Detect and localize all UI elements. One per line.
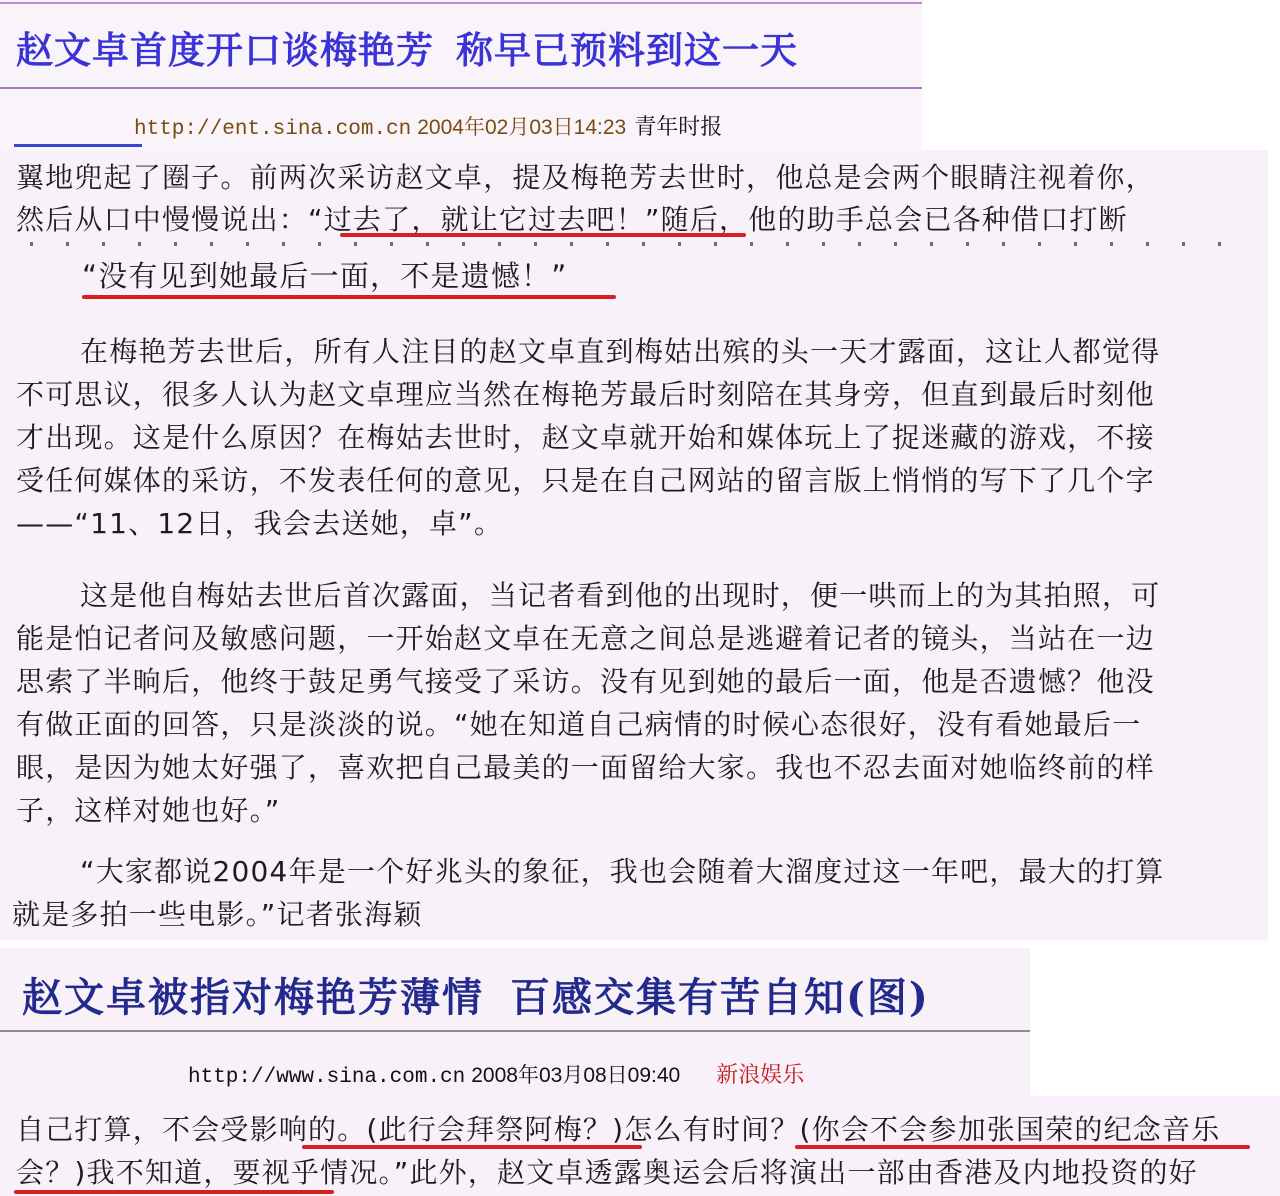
header-rule — [0, 1030, 1030, 1032]
article2-line1: 自己打算，不会受影响的。(此行会拜祭阿梅？)怎么有时间？(你会不会参加张国荣的纪… — [16, 1108, 1220, 1148]
paragraph1-line1: 在梅艳芳去世后，所有人注目的赵文卓直到梅姑出殡的头一天才露面，这让人都觉得 — [80, 330, 1160, 370]
quoted-highlight: “过去了，就让它过去吧！” — [308, 203, 661, 236]
red-underline — [340, 233, 746, 237]
blank-area — [1030, 1038, 1280, 1096]
paragraph3-line2: 就是多拍一些电影。”记者张海颖 — [12, 893, 423, 933]
article2-title-part2: 百感交集有苦自知(图) — [510, 974, 930, 1021]
pull-quote: “没有见到她最后一面，不是遗憾！” — [82, 254, 567, 295]
paragraph1-line2: 不可思议，很多人认为赵文卓理应当然在梅艳芳最后时刻陪在其身旁，但直到最后时刻他 — [16, 373, 1155, 413]
article2-line2: 会？)我不知道，要视乎情况。”此外，赵文卓透露奥运会后将演出一部由香港及内地投资… — [16, 1151, 1198, 1191]
blue-underline-mark — [14, 144, 142, 147]
article1-datetime: 2004年02月03日14:23 — [417, 116, 626, 139]
article1-url[interactable]: http://ent.sina.com.cn — [134, 118, 411, 141]
article2-datetime: 2008年03月08日09:40 — [471, 1064, 680, 1087]
paragraph1-line3: 才出现。这是什么原因？在梅姑去世时，赵文卓就开始和媒体玩上了捉迷藏的游戏，不接 — [16, 416, 1155, 456]
article2-title: 赵文卓被指对梅艳芳薄情百感交集有苦自知(图) — [22, 966, 930, 1023]
paragraph2-line3: 思索了半晌后，他终于鼓足勇气接受了采访。没有见到她的最后一面，他是否遗憾？他没 — [16, 660, 1155, 700]
red-underline — [14, 1190, 334, 1194]
article2-meta: http://www.sina.com.cn2008年03月08日09:40新浪… — [188, 1058, 804, 1089]
article1-title-part1: 赵文卓首度开口谈梅艳芳 — [16, 28, 434, 72]
paragraph2-line4: 有做正面的回答，只是淡淡的说。“她在知道自己病情的时候心态很好，没有看她最后一 — [16, 703, 1141, 743]
text-segment: 自己打算，不会受影响的。 — [16, 1113, 366, 1146]
article1-title-part2: 称早已预料到这一天 — [456, 28, 798, 72]
article2-source: 新浪娱乐 — [716, 1063, 804, 1088]
paragraph1-line4: 受任何媒体的采访，不发表任何的意见，只是在自己网站的留言版上悄悄的写下了几个字 — [16, 459, 1155, 499]
header-rule-top — [0, 2, 922, 4]
answer-highlight: 会？)我不知道，要视乎情况。 — [16, 1156, 394, 1189]
article1-title: 赵文卓首度开口谈梅艳芳称早已预料到这一天 — [16, 20, 798, 74]
text-segment: 然后从口中慢慢说出： — [16, 203, 308, 236]
article1-header: 赵文卓首度开口谈梅艳芳称早已预料到这一天 http://ent.sina.com… — [0, 0, 922, 150]
article1-meta: http://ent.sina.com.cn2004年02月03日14:23青年… — [134, 110, 722, 141]
red-underline — [82, 295, 616, 299]
paragraph2-line5: 眼，是因为她太好强了，喜欢把自己最美的一面留给大家。我也不忍去面对她临终前的样 — [16, 746, 1155, 786]
text-segment: ”此外，赵文卓透露奥运会后将演出一部由香港及内地投资的好 — [394, 1156, 1198, 1189]
text-line: 然后从口中慢慢说出：“过去了，就让它过去吧！”随后，他的助手总会已各种借口打断 — [16, 198, 1128, 238]
article2-url[interactable]: http://www.sina.com.cn — [188, 1066, 465, 1089]
article2-title-part1: 赵文卓被指对梅艳芳薄情 — [22, 974, 484, 1021]
paragraph2-line1: 这是他自梅姑去世后首次露面，当记者看到他的出现时，便一哄而上的为其拍照，可 — [80, 574, 1160, 614]
paragraph1-line5: ——“11、12日，我会去送她，卓”。 — [16, 502, 503, 542]
article1-body: 翼地兜起了圈子。前两次采访赵文卓，提及梅艳芳去世时，他总是会两个眼睛注视着你， … — [0, 150, 1268, 940]
text-line: 翼地兜起了圈子。前两次采访赵文卓，提及梅艳芳去世时，他总是会两个眼睛注视着你， — [16, 156, 1155, 196]
text-segment: 随后，他的助手总会已各种借口打断 — [661, 203, 1128, 236]
article2-body: http://www.sina.com.cn2008年03月08日09:40新浪… — [0, 1038, 1280, 1196]
question-highlight: (你会不会参加张国荣的纪念音乐 — [799, 1113, 1220, 1146]
cropped-text-remnant — [30, 242, 1240, 246]
paragraph2-line6: 子，这样对她也好。” — [16, 789, 281, 829]
question-highlight: (此行会拜祭阿梅？)怎么有时间？ — [366, 1113, 799, 1146]
red-underline — [302, 1145, 642, 1149]
article2-header: 赵文卓被指对梅艳芳薄情百感交集有苦自知(图) — [0, 948, 1030, 1038]
header-rule-bottom — [0, 87, 922, 89]
paragraph3-line1: “大家都说2004年是一个好兆头的象征，我也会随着大溜度过这一年吧，最大的打算 — [80, 850, 1165, 890]
red-underline — [795, 1145, 1250, 1149]
paragraph2-line2: 能是怕记者问及敏感问题，一开始赵文卓在无意之间总是逃避着记者的镜头，当站在一边 — [16, 617, 1155, 657]
article1-source: 青年时报 — [634, 115, 722, 140]
